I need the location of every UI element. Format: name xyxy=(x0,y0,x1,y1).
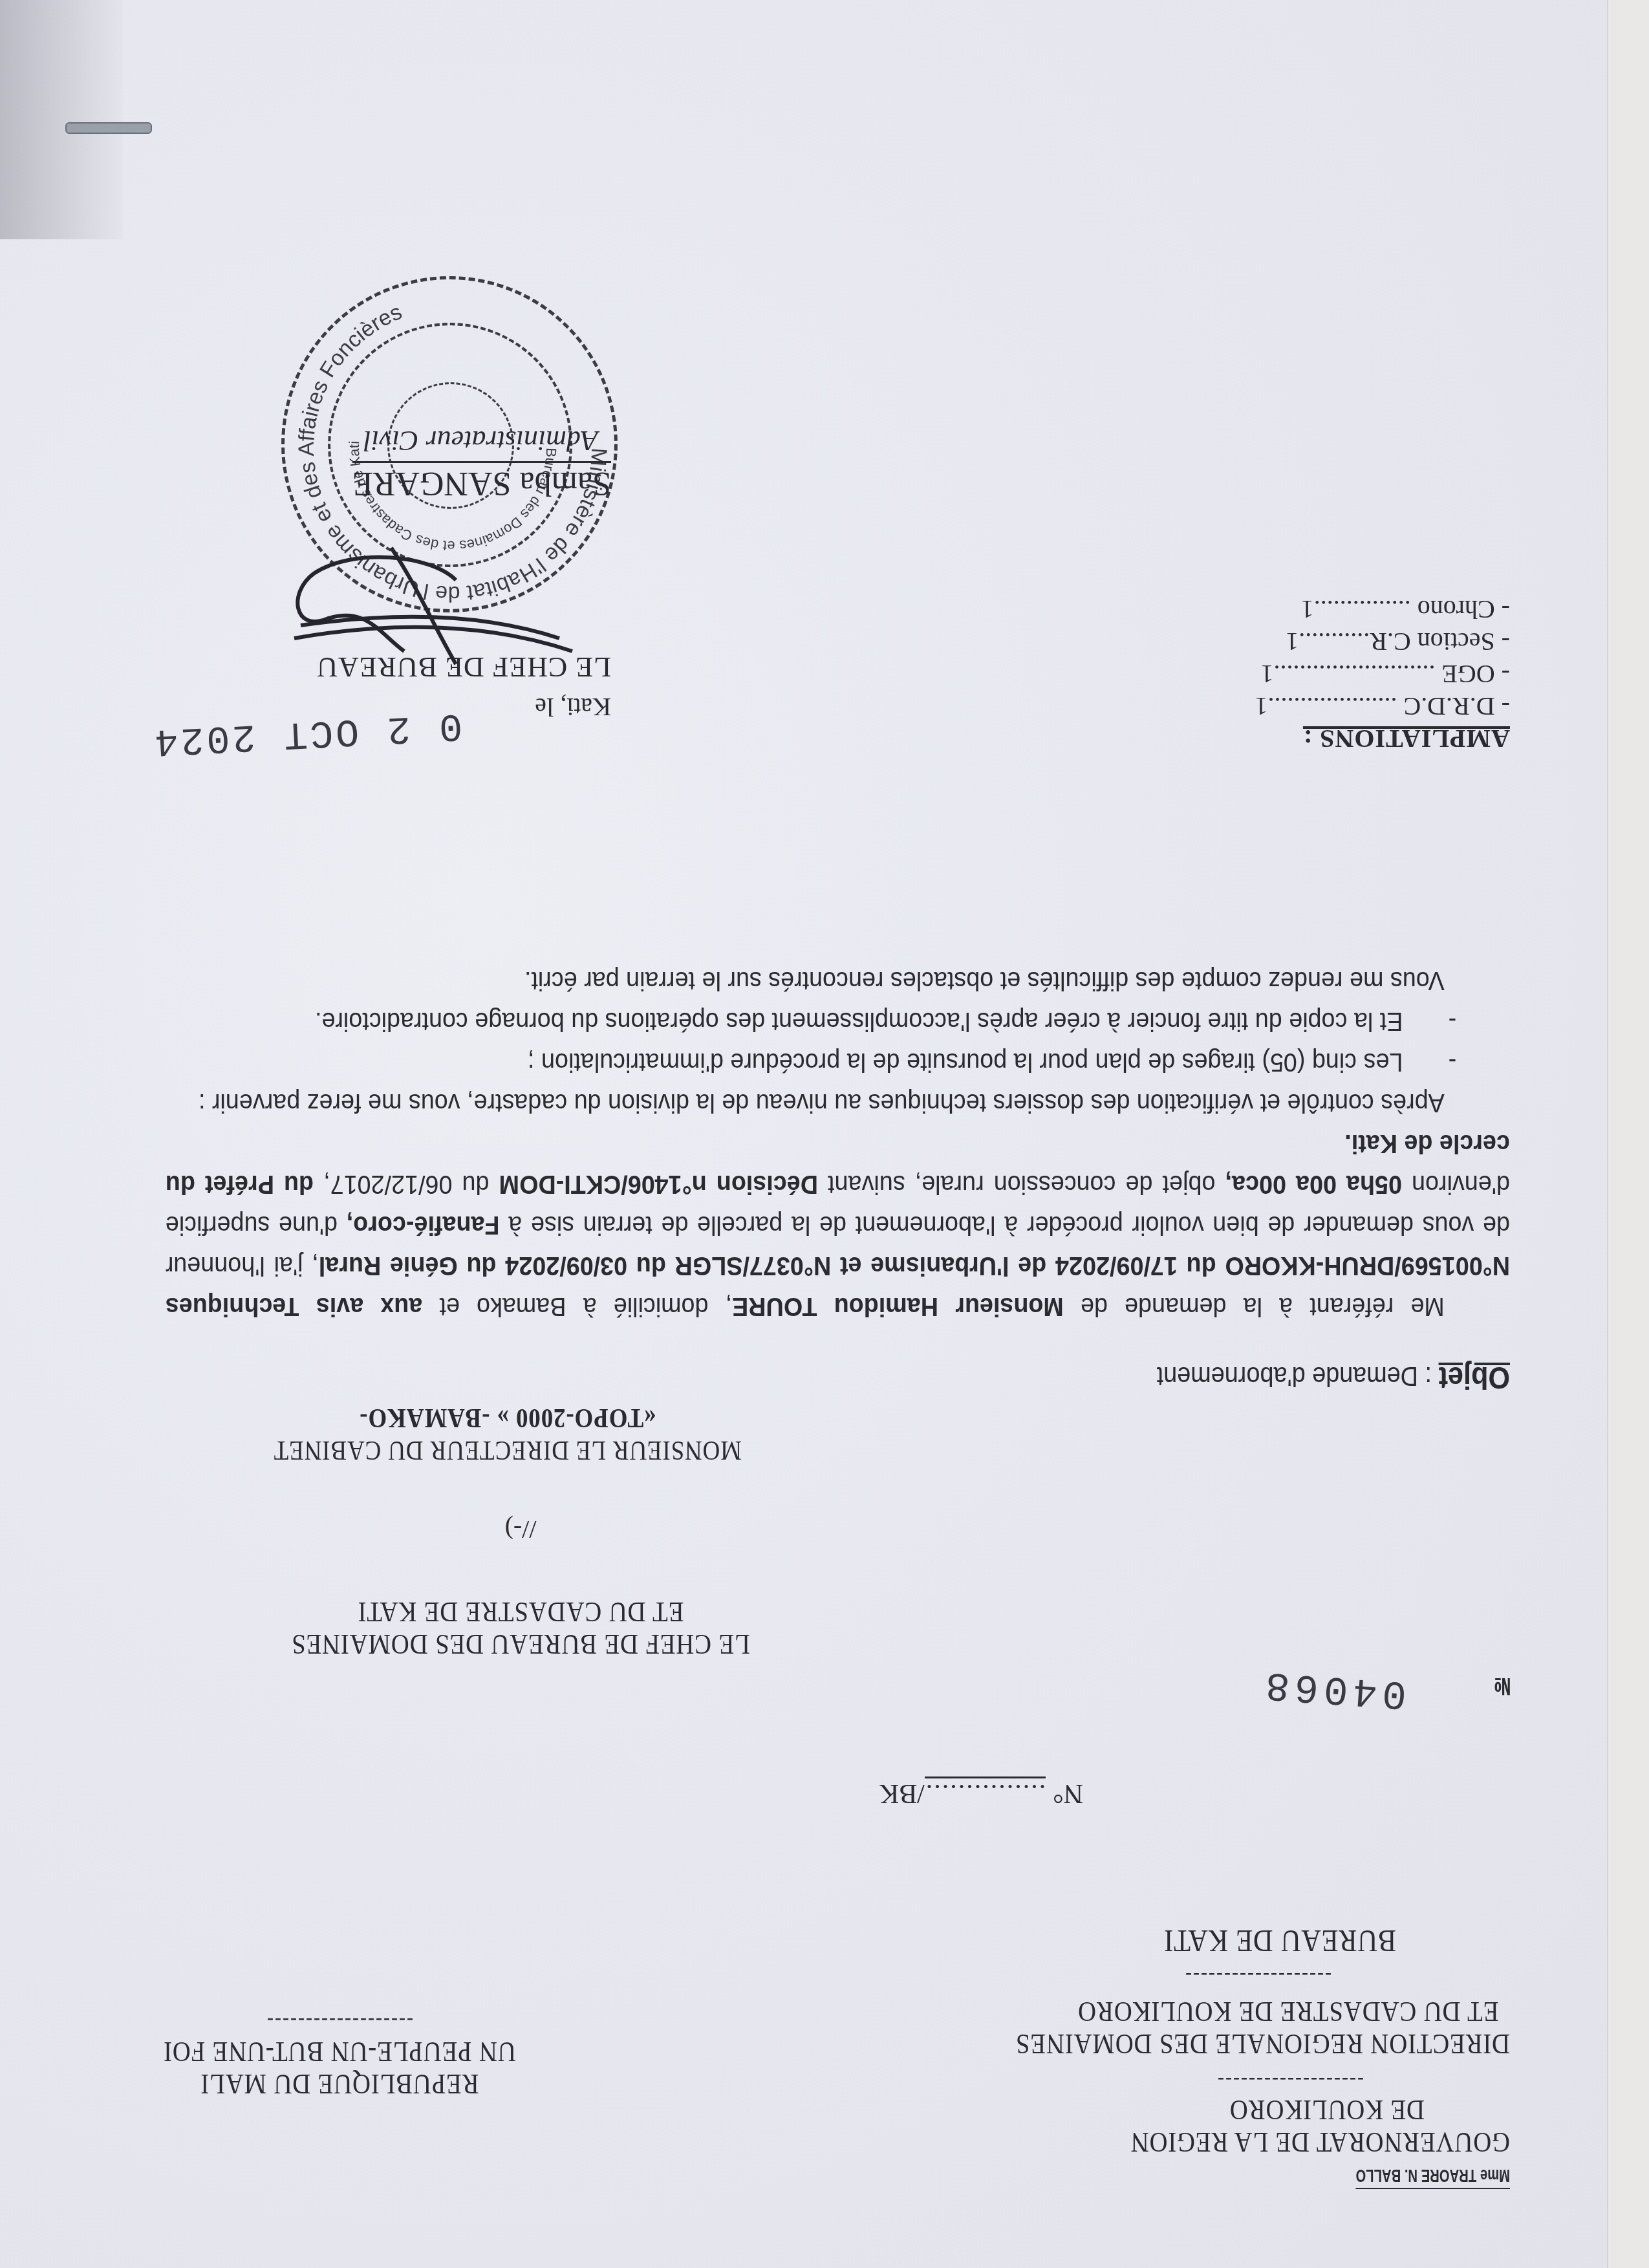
ampliation-item: - D.R.D.C ....................1 xyxy=(1255,690,1510,722)
paragraph-request: Me référant à la demande de Monsieur Ham… xyxy=(166,1123,1510,1327)
governorate-line-2: DE KOULIKORO xyxy=(941,2093,1510,2126)
reference-number-field: N° .............../BK xyxy=(879,1778,1083,1809)
separator: ------------------- xyxy=(1154,2070,1426,2090)
paragraph-report: Vous me rendez compte des difficultés et… xyxy=(166,960,1510,1001)
ampliation-count: 1 xyxy=(1260,660,1273,689)
separator: ------------------- xyxy=(1122,1965,1394,1985)
ampliation-count: 1 xyxy=(1255,692,1268,721)
republic-name: REPUBLIQUE DU MALI xyxy=(135,2068,544,2100)
ampliations-block: AMPLIATIONS : - D.R.D.C ................… xyxy=(1255,593,1510,755)
bullet-marker: - xyxy=(1403,1042,1456,1083)
registration-number-stamp: 04068 xyxy=(1259,1661,1408,1717)
ampliation-dots: .................... xyxy=(1268,692,1404,721)
number-mark: № xyxy=(1494,1670,1510,1699)
recipient-line-1: MONSIEUR LE DIRECTEUR DU CABINET xyxy=(195,1434,821,1466)
bullet-text: Et la copie du titre foncier à créer apr… xyxy=(315,1001,1403,1042)
signatory-role: Administrateur Civil xyxy=(363,424,598,457)
recipient-line-2: «TOPO-2000 » -BAMAKO- xyxy=(195,1401,821,1434)
sender-block: LE CHEF DE BUREAU DES DOMAINES ET DU CAD… xyxy=(230,1515,812,1660)
paper-sheet: Mme TRAORE N. BALLO GOUVERNORAT DE LA RE… xyxy=(0,0,1608,2268)
subject-separator: : xyxy=(1418,1361,1439,1392)
date-place: Kati, le xyxy=(535,692,611,722)
parcel-area: 05ha 00a 00ca, xyxy=(1225,1170,1402,1200)
direction-line-1: DIRECTION REGIONALE DES DOMAINES xyxy=(941,2027,1510,2060)
bullet-text: Les cinq (05) tirages de plan pour la po… xyxy=(528,1042,1403,1083)
governorate-line-1: GOUVERNORAT DE LA REGION xyxy=(941,2126,1510,2158)
handwritten-signature xyxy=(262,509,598,677)
ampliation-count: 1 xyxy=(1286,627,1299,656)
ampliation-item: - OGE .........................1 xyxy=(1255,658,1510,690)
ampliation-count: 1 xyxy=(1301,595,1314,624)
letter-body: Me référant à la demande de Monsieur Ham… xyxy=(166,960,1510,1327)
text-span: objet de concession rurale, suivant xyxy=(818,1170,1225,1200)
subject-text: Demande d'abornement xyxy=(1157,1361,1418,1392)
sender-line-1: LE CHEF DE BUREAU DES DOMAINES xyxy=(264,1628,777,1660)
ref-suffix: /BK xyxy=(879,1778,925,1808)
ampliation-label: - Chrono xyxy=(1417,595,1510,624)
ampliation-item: - Chrono ...............1 xyxy=(1255,593,1510,625)
decision-reference: Décision n°1406/CKTI-DOM xyxy=(499,1170,818,1200)
direction-line-2: ET DU CADASTRE DE KOULIKORO xyxy=(941,1995,1510,2027)
scanned-document: Mme TRAORE N. BALLO GOUVERNORAT DE LA RE… xyxy=(0,0,1649,2268)
issuer-header: GOUVERNORAT DE LA REGION DE KOULIKORO --… xyxy=(863,1924,1510,2158)
bullet-marker: - xyxy=(1403,1001,1456,1042)
ref-dots: ............... xyxy=(925,1777,1046,1808)
bureau-name: BUREAU DE KATI xyxy=(941,1924,1510,1956)
ampliation-label: - Section C.R xyxy=(1370,627,1510,656)
ampliations-title: AMPLIATIONS : xyxy=(1255,722,1510,755)
preparer-initials: Mme TRAORE N. BALLO xyxy=(1355,2165,1510,2189)
list-item: - Et la copie du titre foncier à créer a… xyxy=(166,1001,1510,1042)
ampliation-item: - Section C.R...........1 xyxy=(1255,625,1510,658)
ampliation-dots: ............... xyxy=(1314,595,1417,624)
paragraph-verification: Après contrôle et vérification des dossi… xyxy=(166,1083,1510,1123)
ampliation-dots: ......................... xyxy=(1273,660,1441,689)
applicant-name: Monsieur Hamidou TOURE xyxy=(732,1292,1064,1322)
staple xyxy=(65,122,152,134)
separator: ------------------- xyxy=(242,2011,436,2030)
addressed-to-marker: //-) xyxy=(230,1515,812,1545)
ampliation-dots: ........... xyxy=(1299,627,1370,656)
text-span: du 06/12/2017, xyxy=(314,1170,499,1200)
subject-line: Objet : Demande d'abornement xyxy=(1157,1359,1510,1395)
text-span: , domicilié à Bamako et xyxy=(422,1292,732,1322)
ref-label: N° xyxy=(1053,1778,1083,1808)
sender-line-2: ET DU CADASTRE DE KATI xyxy=(264,1595,777,1628)
ampliation-label: - D.R.D.C xyxy=(1404,692,1510,721)
text-span: Me référant à la demande de xyxy=(1064,1292,1445,1322)
letter-page-rotated: Mme TRAORE N. BALLO GOUVERNORAT DE LA RE… xyxy=(0,0,1607,2268)
republic-motto: UN PEUPLE-UN BUT-UNE FOI xyxy=(135,2035,544,2068)
ampliation-label: - OGE xyxy=(1441,660,1510,689)
list-item: - Les cinq (05) tirages de plan pour la … xyxy=(166,1042,1510,1083)
recipient-block: MONSIEUR LE DIRECTEUR DU CABINET «TOPO-2… xyxy=(152,1401,863,1466)
parcel-location: Fanafié-coro, xyxy=(347,1211,500,1240)
subject-label: Objet xyxy=(1439,1360,1510,1394)
signatory-name: Samba SANGARE xyxy=(352,461,611,502)
date-stamp: 0 2 OCT 2024 xyxy=(151,702,463,762)
republic-header: REPUBLIQUE DU MALI UN PEUPLE-UN BUT-UNE … xyxy=(107,2011,572,2100)
